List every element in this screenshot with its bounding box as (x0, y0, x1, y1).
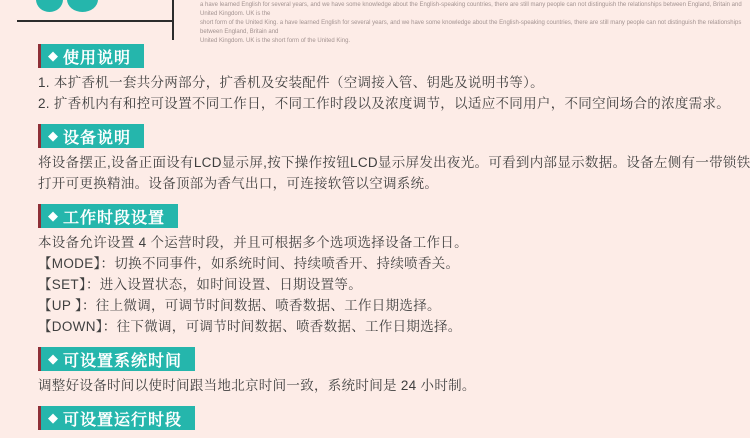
diamond-icon: ◆ (48, 410, 59, 426)
section-header: ◆ 可设置运行时段 (38, 406, 195, 430)
body-line: 【SET】：进入设置状态，如时间设置、日期设置等。 (38, 274, 728, 295)
section-title: 可设置系统时间 (63, 348, 182, 371)
body-line: 2. 扩香机内有和控可设置不同工作日，不同工作时段以及浓度调节，以适应不同用户，… (38, 93, 728, 114)
body-line: 【DOWN】：往下微调，可调节时间数据、喷香数据、工作日期选择。 (38, 316, 728, 337)
logo-ellipse-icon (67, 0, 98, 12)
diamond-icon: ◆ (48, 351, 59, 367)
page: { "page": { "background": "#fdece7", "ac… (0, 0, 750, 438)
body-line: 将设备摆正,设备正面设有LCD显示屏,按下操作按钮LCD显示屏发出夜光。可看到内… (38, 152, 728, 173)
logo-ellipse-icon (36, 0, 63, 12)
banner-paragraph-line: a have learned English for several years… (200, 1, 748, 19)
section-title: 可设置运行时段 (63, 407, 182, 430)
section-device-description: ◆ 设备说明 将设备摆正,设备正面设有LCD显示屏,按下操作按钮LCD显示屏发出… (38, 124, 728, 194)
diamond-icon: ◆ (48, 128, 59, 144)
top-banner: a have learned English for several years… (0, 0, 750, 44)
vertical-divider (172, 0, 174, 40)
section-usage-instructions: ◆ 使用说明 1. 本扩香机一套共分两部分，扩香机及安装配件（空调接入管、钥匙及… (38, 44, 728, 114)
diamond-icon: ◆ (48, 208, 59, 224)
section-header: ◆ 工作时段设置 (38, 204, 178, 228)
body-line: 【MODE】：切换不同事件，如系统时间、持续喷香开、持续喷香关。 (38, 253, 728, 274)
section-header: ◆ 使用说明 (38, 44, 144, 68)
section-header: ◆ 可设置系统时间 (38, 347, 195, 371)
body-line: 本设备允许设置 4 个运营时段，并且可根据多个选项选择设备工作日。 (38, 232, 728, 253)
banner-paragraph-line: short form of the United King. a have le… (200, 19, 748, 37)
section-title: 使用说明 (63, 45, 131, 68)
body-line: 1. 本扩香机一套共分两部分，扩香机及安装配件（空调接入管、钥匙及说明书等）。 (38, 72, 728, 93)
horizontal-divider (17, 20, 173, 22)
body-line: 调整好设备时间以使时间跟当地北京时间一致，系统时间是 24 小时制。 (38, 375, 728, 396)
section-header: ◆ 设备说明 (38, 124, 144, 148)
body-line: 打开可更换精油。设备顶部为香气出口，可连接软管以空调系统。 (38, 173, 728, 194)
content-area: ◆ 使用说明 1. 本扩香机一套共分两部分，扩香机及安装配件（空调接入管、钥匙及… (38, 44, 728, 438)
section-working-period-settings: ◆ 工作时段设置 本设备允许设置 4 个运营时段，并且可根据多个选项选择设备工作… (38, 204, 728, 337)
section-title: 工作时段设置 (63, 205, 165, 228)
section-title: 设备说明 (63, 125, 131, 148)
body-line: 【UP 】：往上微调，可调节时间数据、喷香数据、工作日期选择。 (38, 295, 728, 316)
section-running-period: ◆ 可设置运行时段 (38, 406, 728, 430)
diamond-icon: ◆ (48, 48, 59, 64)
banner-paragraph: a have learned English for several years… (200, 1, 748, 46)
section-system-time: ◆ 可设置系统时间 调整好设备时间以使时间跟当地北京时间一致，系统时间是 24 … (38, 347, 728, 396)
